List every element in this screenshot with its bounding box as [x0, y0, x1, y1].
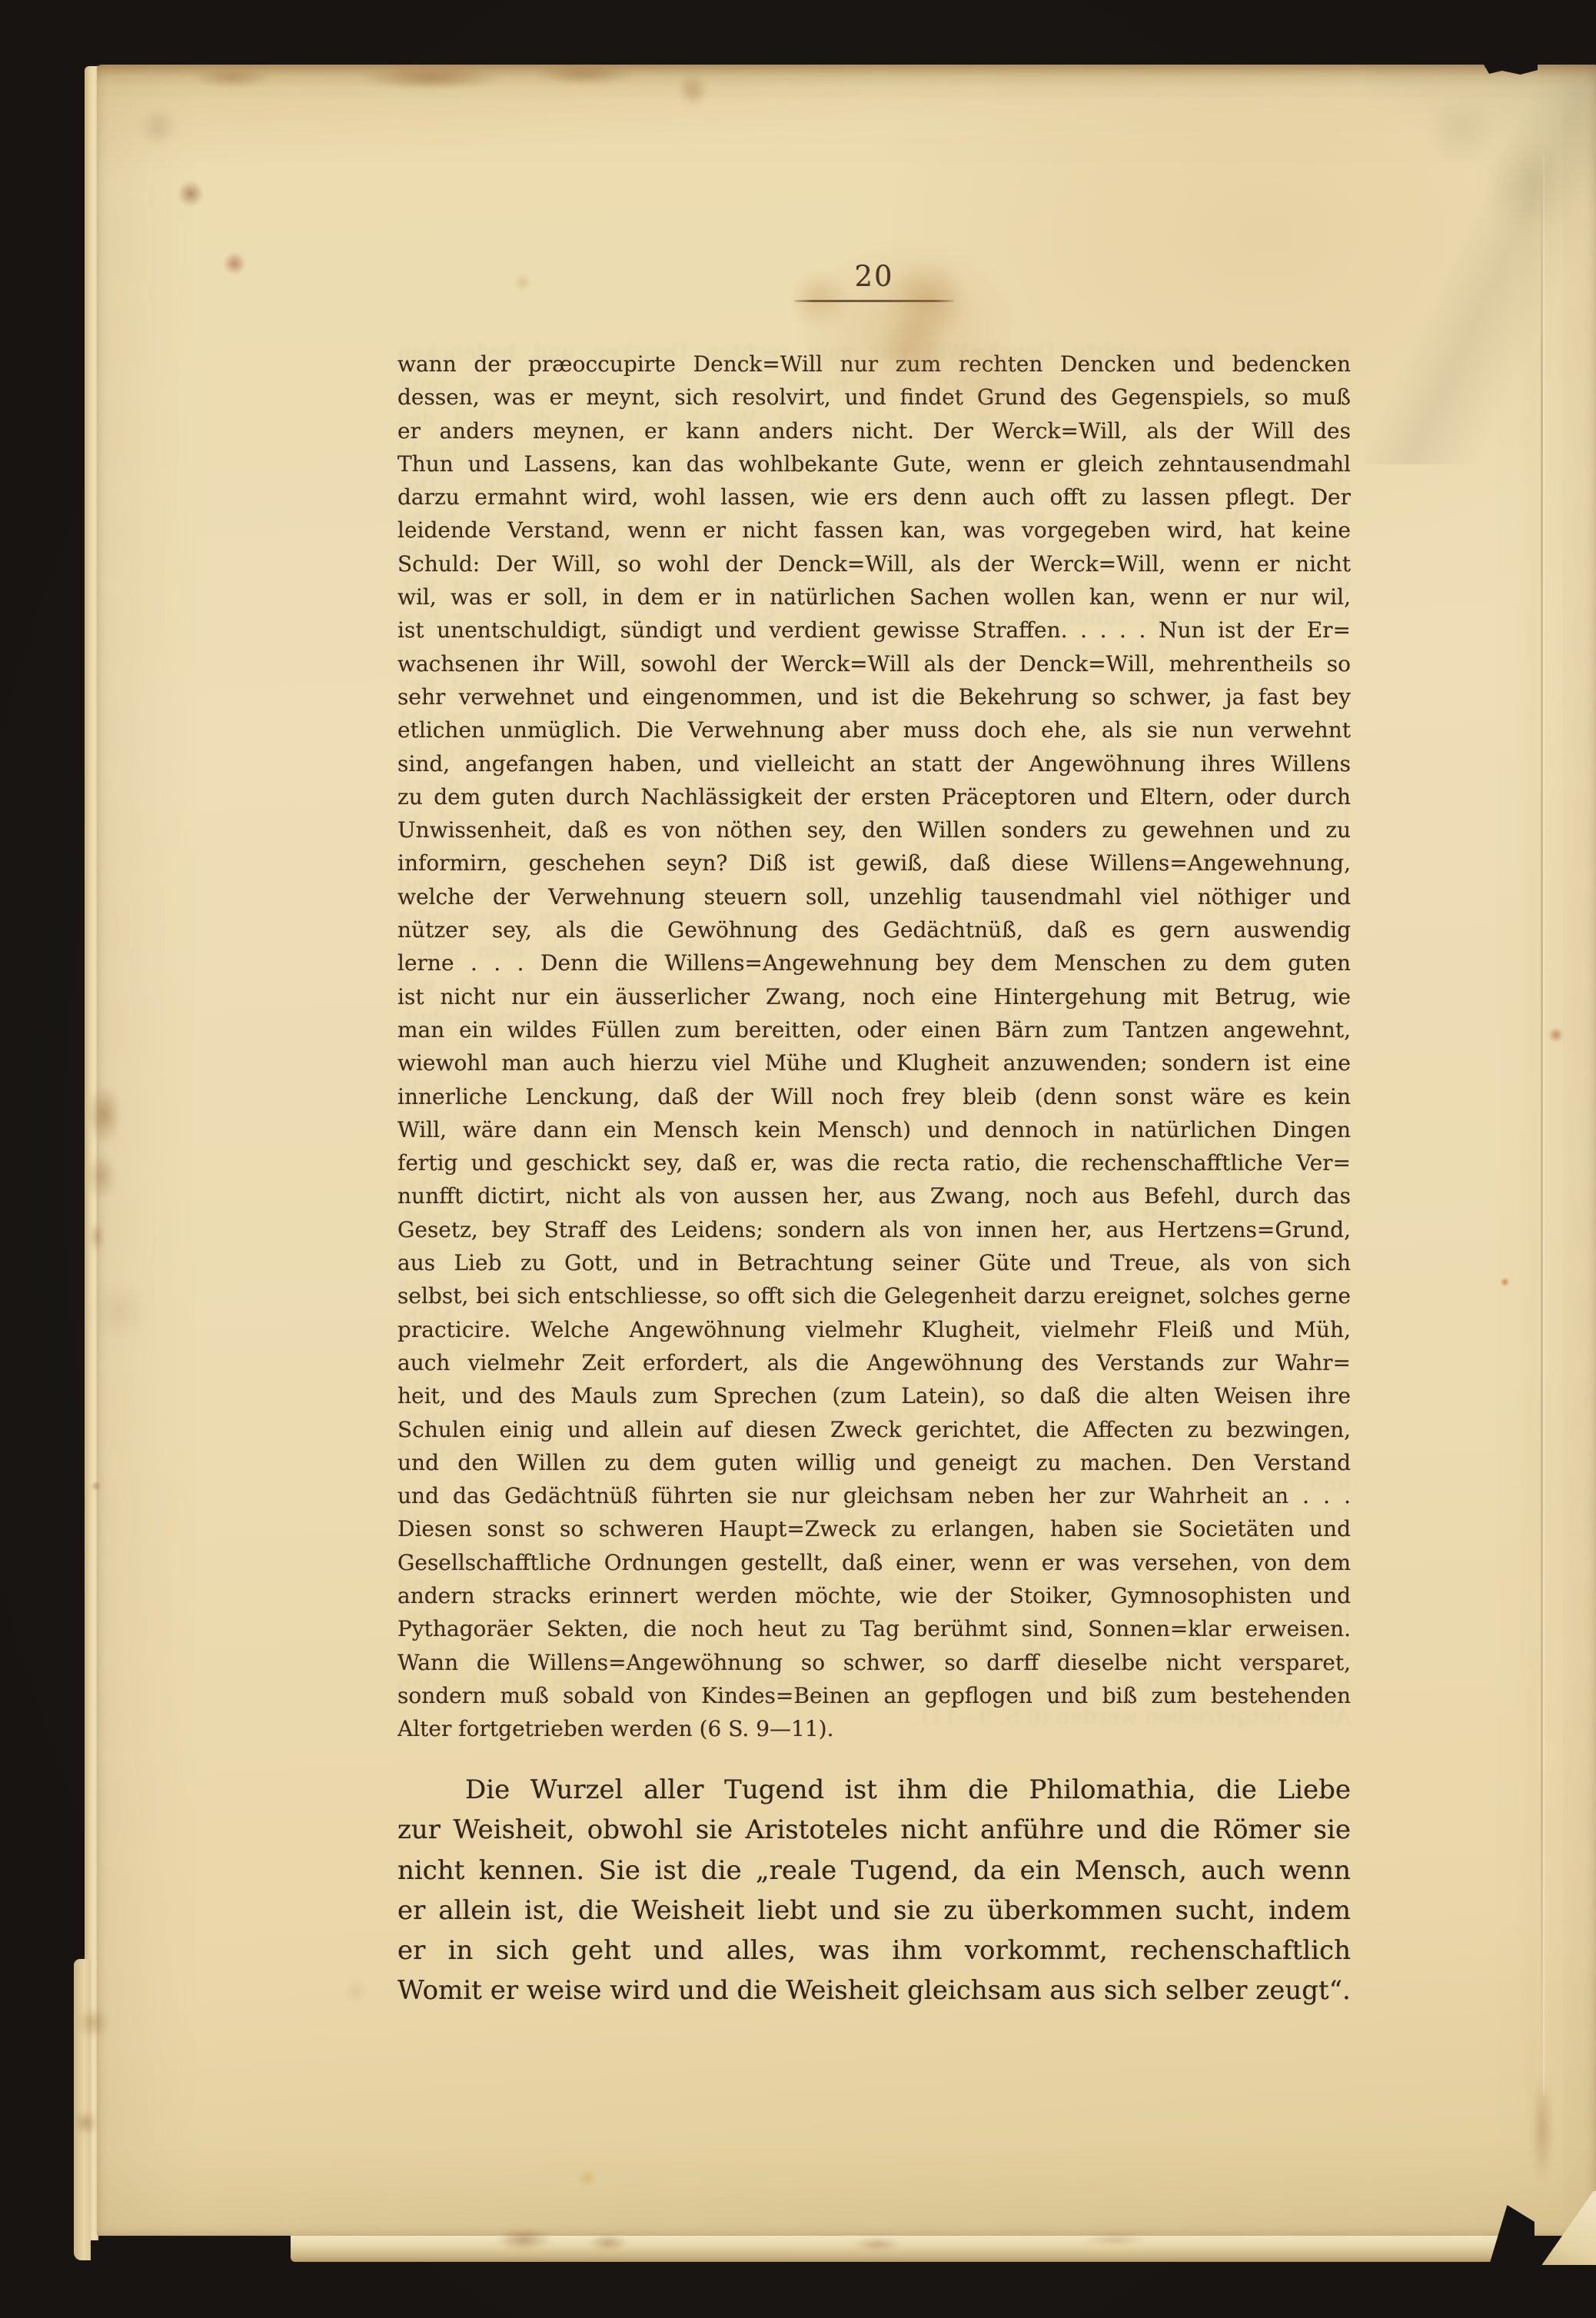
text-line: Diesen sonst so schweren Haupt=Zweck zu …: [397, 1512, 1351, 1545]
text-line: auch vielmehr Zeit erfordert, als die An…: [397, 1346, 1351, 1379]
text-line: sondern muß sobald von Kindes=Beinen an …: [397, 1679, 1351, 1712]
text-line: welche der Verwehnung steuern soll, unze…: [397, 880, 1351, 913]
quotation-block: wann der præoccupirte Denck=Will nur zum…: [397, 348, 1351, 1745]
text-line: und das Gedächtnüß führten sie nur gleic…: [397, 1479, 1351, 1512]
page-number: 20: [397, 260, 1351, 293]
text-line: leidende Verstand, wenn er nicht fassen …: [397, 514, 1351, 547]
text-line: man ein wildes Füllen zum bereitten, ode…: [397, 1013, 1351, 1046]
text-line: innerliche Lenckung, daß der Will noch f…: [397, 1080, 1351, 1113]
text-line: ist unentschuldigt, sündigt und verdient…: [397, 614, 1351, 647]
page-edge-bottom: [291, 2233, 1504, 2262]
text-line: Unwissenheit, daß es von nöthen sey, den…: [397, 813, 1351, 846]
text-line: darzu ermahnt wird, wohl lassen, wie ers…: [397, 481, 1351, 514]
text-line: fertig und geschickt sey, daß er, was di…: [397, 1146, 1351, 1179]
text-line: wiewohl man auch hierzu viel Mühe und Kl…: [397, 1046, 1351, 1079]
text-line: practicire. Welche Angewöhnung vielmehr …: [397, 1313, 1351, 1346]
text-line: er anders meynen, er kann anders nicht. …: [397, 414, 1351, 447]
text-line: nunfft dictirt, nicht als von aussen her…: [397, 1179, 1351, 1212]
text-line: etlichen unmüglich. Die Verwehnung aber …: [397, 713, 1351, 747]
text-line: zu dem guten durch Nachlässigkeit der er…: [397, 780, 1351, 813]
text-line: informirn, geschehen seyn? Diß ist gewiß…: [397, 846, 1351, 880]
text-line: selbst, bei sich entschliesse, so offt s…: [397, 1279, 1351, 1312]
text-line: und den Willen zu dem guten willig und g…: [397, 1446, 1351, 1479]
main-paragraph: Die Wurzel aller Tugend ist ihm die Phil…: [397, 1770, 1351, 2011]
text-line: Gesellschafftliche Ordnungen gestellt, d…: [397, 1546, 1351, 1579]
header-rule: [794, 300, 954, 302]
text-line: aus Lieb zu Gott, und in Betrachtung sei…: [397, 1246, 1351, 1279]
text-line: Gesetz, bey Straff des Leidens; sondern …: [397, 1213, 1351, 1246]
text-line: Wann die Willens=Angewöhnung so schwer, …: [397, 1646, 1351, 1679]
book-page: wann der præoccupirte Denck=Will nur zum…: [97, 65, 1596, 2236]
text-line: nicht kennen. Sie ist die „reale Tugend,…: [397, 1851, 1351, 1891]
text-line: sind, angefangen haben, und vielleicht a…: [397, 747, 1351, 780]
page-edge-left-lower: [74, 1959, 91, 2260]
text-line: wann der præoccupirte Denck=Will nur zum…: [397, 348, 1351, 381]
text-line: Thun und Lassens, kan das wohlbekante Gu…: [397, 447, 1351, 481]
text-line: heit, und des Mauls zum Sprechen (zum La…: [397, 1379, 1351, 1412]
text-line: Schuld: Der Will, so wohl der Denck=Will…: [397, 547, 1351, 580]
text-line: Die Wurzel aller Tugend ist ihm die Phil…: [397, 1770, 1351, 1810]
text-line: Alter fortgetrieben werden (6 S. 9—11).: [397, 1712, 1351, 1745]
text-line: zur Weisheit, obwohl sie Aristoteles nic…: [397, 1810, 1351, 1850]
text-line: Womit er weise wird und die Weisheit gle…: [397, 1970, 1351, 2010]
text-line: ist nicht nur ein äusserlicher Zwang, no…: [397, 980, 1351, 1013]
page-crease: [1541, 157, 1543, 2094]
text-line: er in sich geht und alles, was ihm vorko…: [397, 1931, 1351, 1970]
text-line: Pythagoräer Sekten, die noch heut zu Tag…: [397, 1612, 1351, 1645]
text-line: Will, wäre dann ein Mensch kein Mensch) …: [397, 1113, 1351, 1146]
book-scan-photo: wann der præoccupirte Denck=Will nur zum…: [0, 0, 1596, 2318]
text-line: lerne . . . Denn die Willens=Angewehnung…: [397, 946, 1351, 979]
text-line: Schulen einig und allein auf diesen Zwec…: [397, 1413, 1351, 1446]
text-line: dessen, was er meynt, sich resolvirt, un…: [397, 381, 1351, 414]
text-line: andern stracks erinnert werden möchte, w…: [397, 1579, 1351, 1612]
text-line: wachsenen ihr Will, sowohl der Werck=Wil…: [397, 647, 1351, 680]
text-line: sehr verwehnet und eingenommen, und ist …: [397, 680, 1351, 713]
text-line: nützer sey, als die Gewöhnung des Gedäch…: [397, 913, 1351, 946]
text-line: er allein ist, die Weisheit liebt und si…: [397, 1891, 1351, 1931]
text-line: wil, was er soll, in dem er in natürlich…: [397, 580, 1351, 614]
